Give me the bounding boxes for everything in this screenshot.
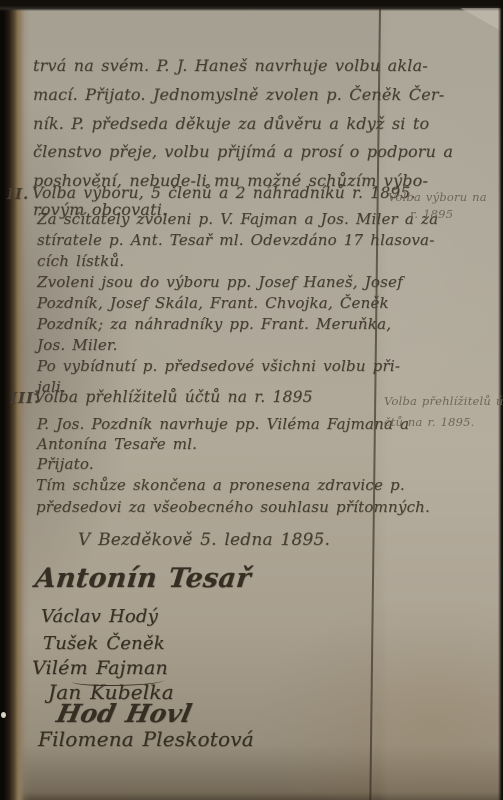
body-line: P. Jos. Pozdník navrhuje pp. Viléma Fajm…	[37, 414, 409, 434]
paper-edge-speck	[1, 712, 6, 718]
body-line: Pozdník; za náhradníky pp. Frant. Meruňk…	[37, 314, 438, 335]
body-line: Za sčítately zvoleni p. V. Fajman a Jos.…	[37, 209, 438, 230]
body-line: Přijato.	[37, 454, 409, 474]
continuation-line: členstvo přeje, volbu přijímá a prosí o …	[33, 138, 453, 167]
section-2-body: Za sčítately zvoleni p. V. Fajman a Jos.…	[37, 209, 438, 398]
dateline: V Bezděkově 5. ledna 1895.	[78, 530, 330, 550]
margin-note-line: Volba výboru na	[388, 189, 487, 206]
body-line: cích lístků.	[37, 251, 438, 272]
closing-line: Tím schůze skončena a pronesena zdravice…	[36, 474, 430, 496]
signature-antonin-tesar: Antonín Tesař	[33, 563, 252, 594]
section-2-heading: Volba výboru, 5 členů a 2 náhradníků r. …	[32, 184, 416, 202]
section-2-margin-note: Volba výboru na r. 1895	[388, 189, 487, 223]
signature-illegible: Hod Hovl	[54, 699, 195, 728]
continuation-line: mací. Přijato. Jednomyslně zvolen p. Čen…	[33, 81, 453, 110]
body-line: Po vybídnutí p. předsedové všichni volbu…	[37, 356, 438, 377]
section-2-marker: II.	[7, 185, 29, 203]
continuation-line: trvá na svém. P. J. Haneš navrhuje volbu…	[33, 52, 453, 81]
section-3-margin-note: Volba přehlížitelů ú- čtů na r. 1895.	[384, 391, 503, 433]
margin-note-line: r. 1895	[410, 206, 487, 223]
closing-line: předsedovi za všeobecného souhlasu příto…	[36, 496, 430, 518]
body-line: Antonína Tesaře ml.	[37, 434, 409, 454]
body-line: Zvoleni jsou do výboru pp. Josef Haneš, …	[37, 272, 438, 293]
closing-paragraph: Tím schůze skončena a pronesena zdravice…	[36, 474, 430, 518]
photo-dark-background-top	[0, 0, 503, 11]
continuation-line: ník. P. předseda děkuje za důvěru a když…	[33, 110, 453, 139]
body-line: Jos. Miler.	[37, 335, 438, 356]
photographed-minutes-page: trvá na svém. P. J. Haneš navrhuje volbu…	[0, 0, 503, 800]
signature-tusek-cenek: Tušek Čeněk	[43, 633, 165, 654]
signature-filomena-pleskotova: Filomena Pleskotová	[38, 727, 254, 751]
margin-note-line: Volba přehlížitelů ú-	[384, 391, 503, 412]
margin-note-line: čtů na r. 1895.	[384, 412, 503, 433]
body-line: Pozdník, Josef Skála, Frant. Chvojka, Če…	[37, 293, 438, 314]
section-3-heading: Volba přehlížitelů účtů na r. 1895	[34, 388, 313, 406]
section-3-body: P. Jos. Pozdník navrhuje pp. Viléma Fajm…	[37, 414, 409, 474]
body-line: stíratele p. Ant. Tesař ml. Odevzdáno 17…	[37, 230, 438, 251]
signature-vaclav-hody: Václav Hodý	[41, 606, 158, 627]
